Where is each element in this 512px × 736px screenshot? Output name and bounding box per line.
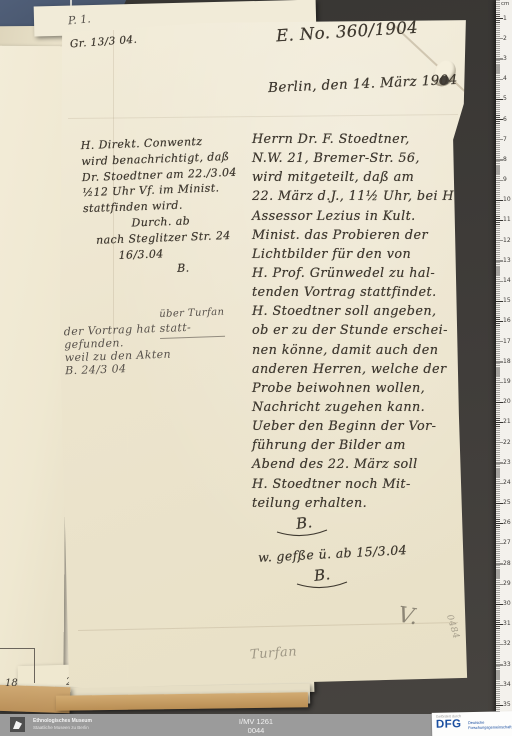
ruler-number: 23 [496,452,512,472]
ruler-number: 6 [496,109,512,129]
pencil-checkmark: V. [396,603,420,631]
handwriting-line: wird mitgeteilt, daß am [252,170,467,189]
ruler-number: 8 [496,149,512,169]
letter-body: Herrn Dr. F. Stoedtner,N.W. 21, Bremer-S… [252,132,467,515]
handwriting-line: H. Stoedtner noch Mit- [252,477,467,496]
handwriting-line: führung der Bilder am [252,438,467,457]
dispatch-note: w. gefße ü. ab 15/3.04 [258,542,408,565]
ruler-number: 12 [496,230,512,250]
dfg-funding-box: Gefördert durch DFG Deutsche Forschungsg… [432,711,512,736]
ruler-number: 15 [496,291,512,311]
inserted-words: über Turfan [159,307,225,339]
ruler-number: 30 [496,593,512,613]
ruler-number: 22 [496,432,512,452]
ruler-scale: 1234567891011121314151617181920212223242… [496,8,512,715]
handwriting-line: H. Prof. Grünwedel zu hal- [252,266,467,285]
dateline: Berlin, den 14. März 1904 [268,72,458,96]
handwriting-line: 22. März d.J., 11½ Uhr, bei H. [252,189,467,208]
dfg-logo: DFG [436,718,462,731]
buried-handwriting: P. 1. [67,12,91,27]
corner-date-note: Gr. 13/3 04. [70,34,138,51]
handwriting-line: anderen Herren, welche der [252,362,467,381]
handwriting-line: N.W. 21, Bremer-Str. 56, [252,151,467,170]
measuring-ruler: cm 1234567891011121314151617181920212223… [496,0,512,714]
ruler-number: 26 [496,513,512,533]
handwriting-line: Probe beiwohnen wollen, [252,381,467,400]
ruler-unit-label: cm [501,1,509,7]
ruler-number: 25 [496,493,512,513]
ruler-number: 20 [496,392,512,412]
ruler-number: 27 [496,533,512,553]
folder-spine-strip [56,692,308,711]
handwriting-line: Nachricht zugehen kann. [252,400,467,419]
ruler-number: 3 [496,48,512,68]
sheet-number-18: 18 [5,678,18,689]
marginal-note-bottom: über Turfan der Vortrag hat statt-gefund… [64,319,255,354]
ruler-number: 33 [496,654,512,674]
ruler-number: 9 [496,170,512,190]
signature-flourish [296,580,348,590]
handwriting-line: Minist. das Probieren der [252,228,467,247]
handwriting-line: H. Stoedtner soll angeben, [252,304,467,323]
ruler-number: 29 [496,573,512,593]
handwriting-line: tenden Vortrag stattfindet. [252,285,467,304]
ruler-number: 1 [496,8,512,28]
ruler-number: 13 [496,250,512,270]
handwriting-line: Assessor Lezius in Kult. [252,209,467,228]
digitization-footer-bar: Ethnologisches Museum Staatliche Museen … [0,714,512,736]
signature-flourish [276,528,328,538]
ruler-number: 10 [496,190,512,210]
ruler-number: 17 [496,331,512,351]
handwriting-line: nen könne, damit auch den [252,343,467,362]
handwriting-line: Ueber den Beginn der Vor- [252,419,467,438]
handwriting-line: ob er zu der Stunde erschei- [252,323,467,342]
ruler-number: 34 [496,674,512,694]
handwriting-line: Abend des 22. März soll [252,457,467,476]
ruler-number: 19 [496,371,512,391]
pencil-subject-note: Turfan [250,644,298,662]
ruler-number: 21 [496,412,512,432]
archive-scan-viewport: P. 1. 29 33 18 Gr. 13/3 04. E. No. 360/1… [0,0,512,736]
ruler-number: 7 [496,129,512,149]
under-sheet-left-narrow [0,46,69,705]
ruler-number: 14 [496,270,512,290]
ruler-number: 32 [496,634,512,654]
ruler-number: 16 [496,311,512,331]
ruler-number: 31 [496,614,512,634]
letter-page: Gr. 13/3 04. E. No. 360/1904 Berlin, den… [58,14,470,690]
ruler-number: 18 [496,351,512,371]
handwriting-line: Lichtbilder für den von [252,247,467,266]
pencil-side-number: 0484 [444,614,461,641]
ruler-number: 4 [496,69,512,89]
dfg-full-name: Deutsche Forschungsgemeinschaft [468,720,512,730]
ruler-number: 2 [496,28,512,48]
crease-line [68,114,458,119]
ruler-number: 28 [496,553,512,573]
ruler-number: 24 [496,472,512,492]
ruler-number: 5 [496,89,512,109]
handwriting-line: Herrn Dr. F. Stoedtner, [252,132,467,151]
ruler-number: 11 [496,210,512,230]
marginal-note-top: H. Direkt. Conwentzwird benachrichtigt, … [81,133,266,281]
handwriting-line: teilung erhalten. [252,496,467,515]
